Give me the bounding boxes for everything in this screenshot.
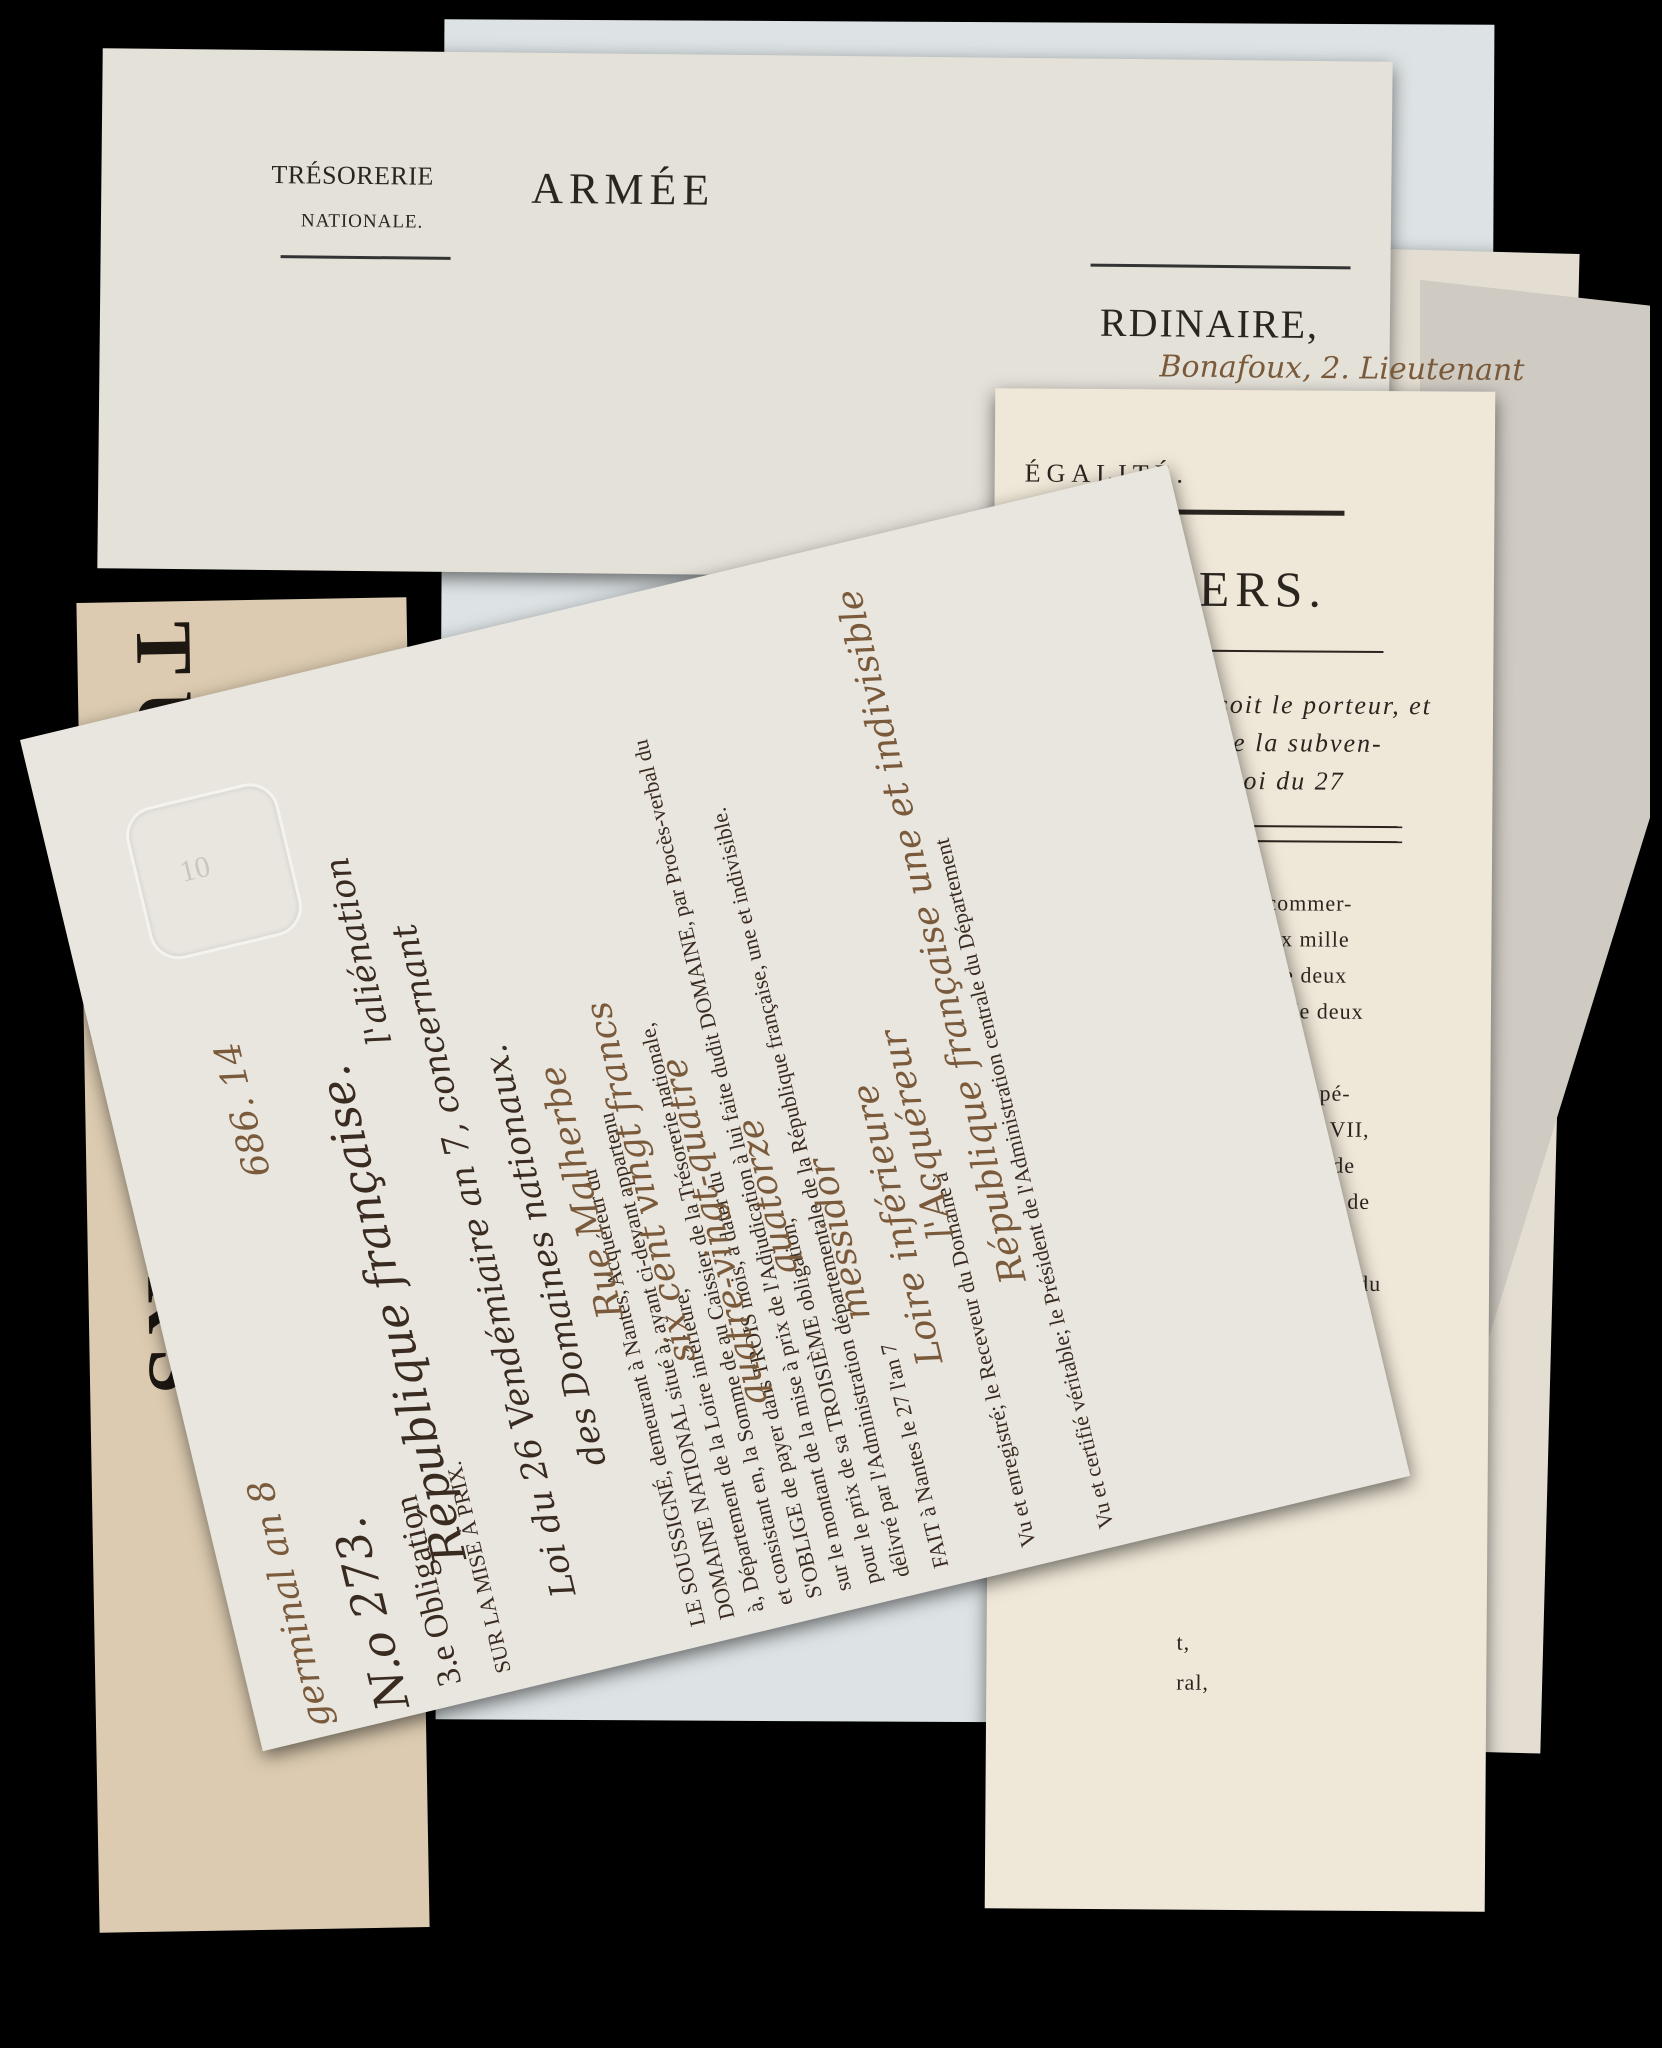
alienation-subheader: l'aliénation: [317, 853, 401, 1048]
ordinaire-fragment: RDINAIRE,: [1100, 299, 1320, 348]
armee-title: ARMÉE: [531, 163, 716, 216]
embossed-stamp-icon: [120, 777, 308, 965]
handwritten-lieutenant: Bonafoux, 2. Lieutenant: [1159, 349, 1524, 388]
nationale-heading: NATIONALE.: [301, 210, 424, 233]
divider: [281, 255, 451, 260]
tresorerie-heading: TRÉSORERIE: [271, 160, 434, 192]
reference-number: 686. 14: [207, 1038, 279, 1181]
body-line: ral,: [1176, 1670, 1209, 1696]
printed-line: Vu et certifié véritable; le Président d…: [929, 836, 1120, 1531]
handwritten-date: germinal an 8: [240, 1476, 339, 1732]
divider: [1091, 264, 1351, 270]
body-line: t,: [1176, 1630, 1190, 1656]
